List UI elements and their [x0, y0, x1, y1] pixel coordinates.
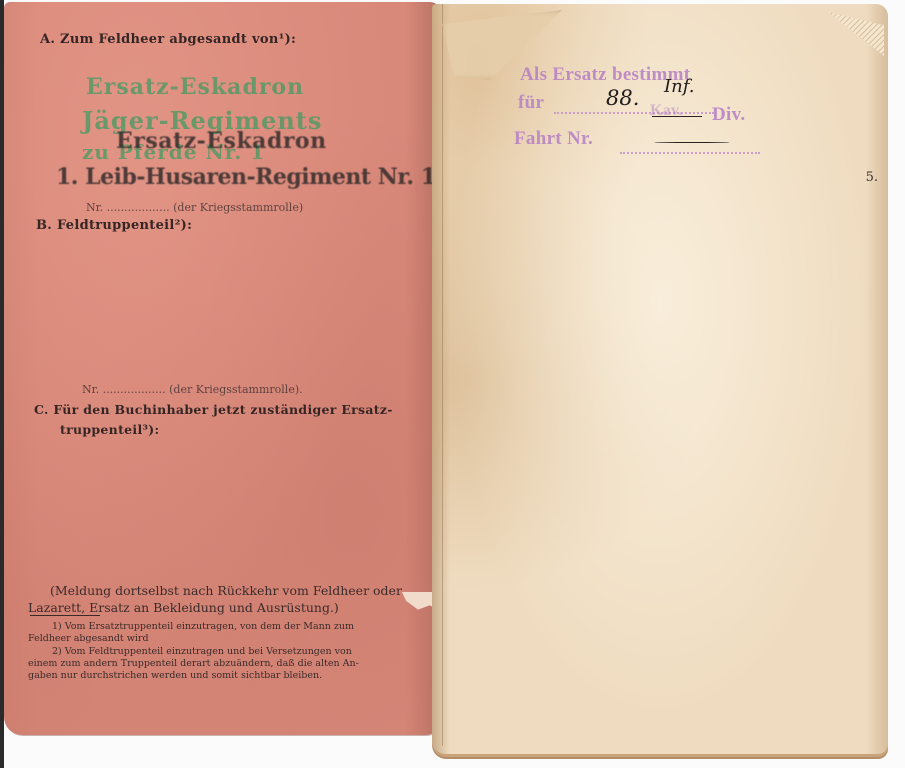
- purple-stamp-line2-suffix: Div.: [712, 104, 745, 126]
- footnote-2-line2: einem zum andern Truppenteil derart abzu…: [28, 658, 359, 670]
- strikethrough-line: [652, 116, 702, 117]
- footnote-1-line2: Feldheer abgesandt wird: [28, 633, 149, 645]
- nr-dots: ..................: [103, 383, 166, 396]
- footnote-divider: [30, 615, 100, 616]
- note-line1: (Meldung dortselbst nach Rückkehr vom Fe…: [50, 582, 402, 599]
- black-stamp-line2: 1. Leib-Husaren-Regiment Nr. 1: [56, 164, 436, 190]
- handwritten-division-type: Inf.: [664, 76, 694, 97]
- corner-fold-top-right: [828, 12, 884, 56]
- section-a-label: A. Zum Feldheer abgesandt von¹):: [40, 32, 296, 47]
- handwritten-division-number: 88.: [606, 86, 639, 110]
- purple-stamp-line2-prefix: für: [518, 92, 544, 114]
- note-line2: Lazarett, Ersatz an Bekleidung und Ausrü…: [28, 599, 339, 616]
- purple-dotted-line-2: [620, 152, 760, 154]
- purple-stamp-struck: Kav.: [650, 102, 683, 120]
- black-stamp-line1: Ersatz-Eskadron: [116, 128, 327, 154]
- nr-dots: ..................: [107, 201, 170, 214]
- footnote-2-line1: 2) Vom Feldtruppenteil einzutragen und b…: [52, 646, 352, 658]
- page-edge-line: [442, 4, 443, 746]
- nr-label: Nr.: [82, 383, 99, 396]
- nr-label: Nr.: [86, 201, 103, 214]
- left-page: A. Zum Feldheer abgesandt von¹): Ersatz-…: [4, 2, 440, 735]
- nr-suffix: (der Kriegsstammrolle): [173, 201, 303, 214]
- handwritten-fahrt-line: [654, 142, 730, 143]
- scanned-document: A. Zum Feldheer abgesandt von¹): Ersatz-…: [0, 0, 905, 768]
- right-page: Als Ersatz bestimmt für Kav. Div. Fahrt …: [432, 4, 888, 754]
- purple-stamp-line3: Fahrt Nr.: [514, 128, 593, 150]
- footnote-1-line1: 1) Vom Ersatztruppenteil einzutragen, vo…: [52, 621, 354, 633]
- page-edge-mark: 5.: [866, 170, 878, 185]
- section-c-label-line1: C. Für den Buchinhaber jetzt zuständiger…: [34, 402, 393, 417]
- nr-suffix: (der Kriegsstammrolle).: [169, 383, 303, 396]
- footnote-2-line3: gaben nur durchstrichen werden und somit…: [28, 670, 322, 682]
- section-c-label-line2: truppenteil³):: [60, 422, 159, 437]
- purple-dotted-line: [554, 112, 714, 114]
- green-stamp-line1: Ersatz-Eskadron: [86, 74, 304, 100]
- section-b-nr-line: Nr. .................. (der Kriegsstammr…: [82, 383, 303, 396]
- section-b-label: B. Feldtruppenteil²):: [36, 218, 192, 233]
- section-a-nr-line: Nr. .................. (der Kriegsstammr…: [86, 201, 303, 214]
